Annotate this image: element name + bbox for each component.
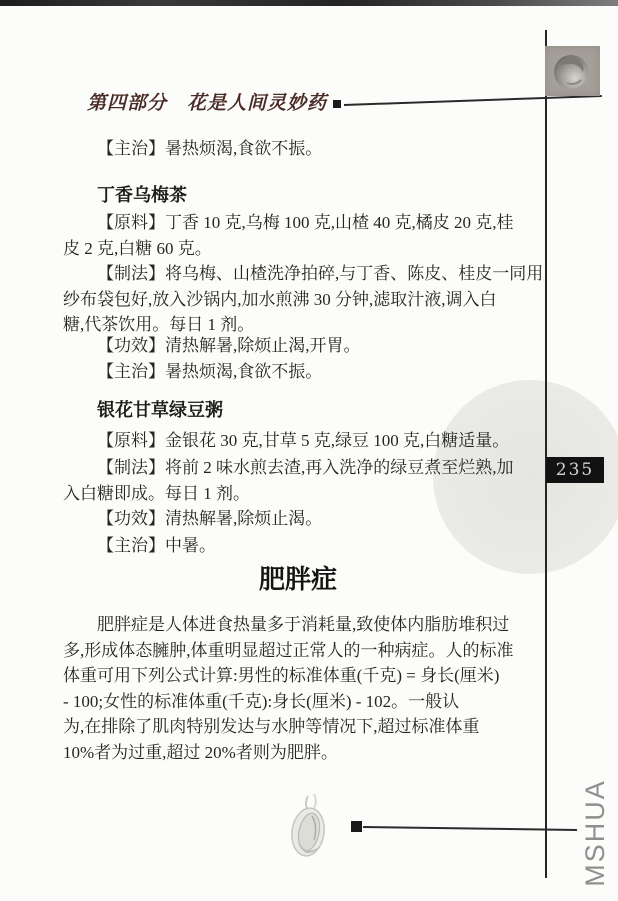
right-vertical-rule	[545, 30, 547, 878]
recipe2-method: 【制法】将前 2 味水煎去渣,再入洗净的绿豆煮至烂熟,加 入白糖即成。每日 1 …	[63, 455, 533, 506]
publisher-watermark-text: MSHUA	[575, 778, 615, 888]
text-line: 纱布袋包好,放入沙锅内,加水煎沸 30 分钟,滤取汁液,调入白	[63, 287, 533, 313]
scan-edge-strip	[0, 0, 618, 6]
text-line: 多,形成体态臃肿,体重明显超过正常人的一种病症。人的标准	[63, 638, 533, 664]
text-line: 【制法】将乌梅、山楂洗净拍碎,与丁香、陈皮、桂皮一同用	[63, 261, 533, 287]
text-line: - 100;女性的标准体重(千克):身长(厘米) - 102。一般认	[63, 689, 533, 715]
header-bullet-square	[333, 100, 341, 108]
pearl-logo-icon	[545, 46, 600, 96]
text-line: 【主治】暑热烦渴,食欲不振。	[63, 359, 533, 385]
section-paragraph: 肥胖症是人体进食热量多于消耗量,致使体内脂肪堆积过 多,形成体态臃肿,体重明显超…	[63, 612, 533, 765]
flower-watermark-icon	[278, 790, 342, 864]
text-line: 体重可用下列公式计算:男性的标准体重(千克) = 身长(厘米)	[63, 663, 533, 689]
text-line: 【原料】丁香 10 克,乌梅 100 克,山楂 40 克,橘皮 20 克,桂	[63, 210, 533, 236]
chapter-header-title: 第四部分 花是人间灵妙药	[87, 92, 327, 116]
recipe2-effect: 【功效】清热解暑,除烦止渴。	[63, 506, 533, 532]
recipe2-title: 银花甘草绿豆粥	[63, 398, 533, 422]
recipe1-ingredients: 【原料】丁香 10 克,乌梅 100 克,山楂 40 克,橘皮 20 克,桂 皮…	[63, 210, 533, 261]
pearl-icon	[545, 46, 600, 96]
text-line: 【主治】暑热烦渴,食欲不振。	[63, 136, 533, 162]
recipe1-title: 丁香乌梅茶	[63, 183, 533, 207]
section-title: 肥胖症	[63, 562, 533, 596]
recipe1-indication: 【主治】暑热烦渴,食欲不振。	[63, 359, 533, 385]
text-line: 肥胖症是人体进食热量多于消耗量,致使体内脂肪堆积过	[63, 612, 533, 638]
text-line: 为,在排除了肌肉特别发达与水肿等情况下,超过标准体重	[63, 714, 533, 740]
recipe2-ingredients: 【原料】金银花 30 克,甘草 5 克,绿豆 100 克,白糖适量。	[63, 428, 533, 454]
text-line: 皮 2 克,白糖 60 克。	[63, 236, 533, 262]
text-line: 【制法】将前 2 味水煎去渣,再入洗净的绿豆煮至烂熟,加	[63, 455, 533, 481]
text-line: 【主治】中暑。	[63, 533, 533, 559]
text-line: 入白糖即成。每日 1 剂。	[63, 481, 533, 507]
text-line: 【功效】清热解暑,除烦止渴。	[63, 506, 533, 532]
header-rule-line	[344, 95, 602, 106]
recipe1-method: 【制法】将乌梅、山楂洗净拍碎,与丁香、陈皮、桂皮一同用 纱布袋包好,放入沙锅内,…	[63, 261, 533, 338]
bottom-bullet-square	[351, 821, 362, 832]
intro-indication: 【主治】暑热烦渴,食欲不振。	[63, 136, 533, 162]
recipe1-effect: 【功效】清热解暑,除烦止渴,开胃。	[63, 333, 533, 359]
text-line: 【功效】清热解暑,除烦止渴,开胃。	[63, 333, 533, 359]
text-line: 【原料】金银花 30 克,甘草 5 克,绿豆 100 克,白糖适量。	[63, 428, 533, 454]
page-number-badge: 235	[546, 457, 604, 483]
recipe2-indication: 【主治】中暑。	[63, 533, 533, 559]
text-line: 10%者为过重,超过 20%者则为肥胖。	[63, 740, 533, 766]
